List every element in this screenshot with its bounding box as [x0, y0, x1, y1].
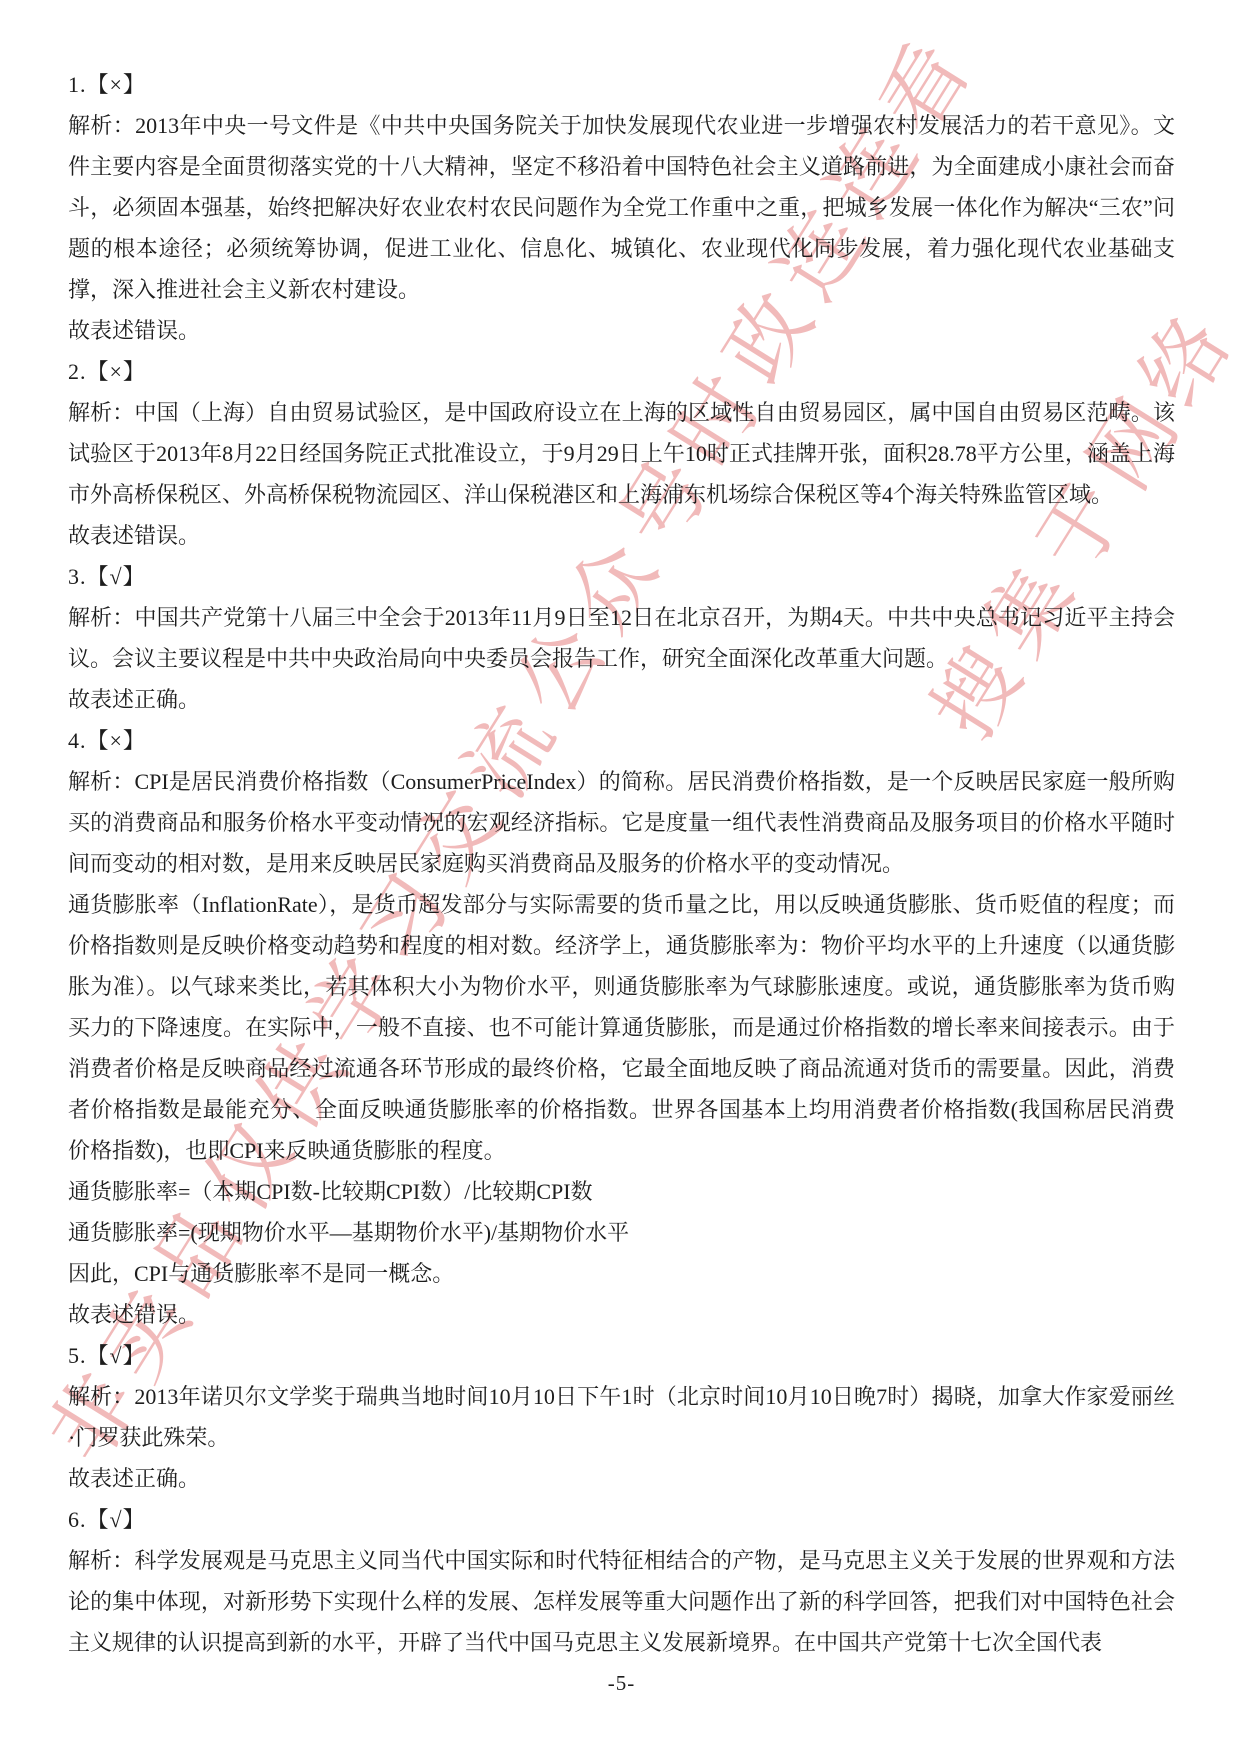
item-number-verdict: 6.【√】 — [68, 1499, 1175, 1540]
scanned-answer-key-page: 非卖品仅供学习交流公众号时政连连看 搜集于网络 1.【×】 解析：2013年中央… — [0, 0, 1240, 1754]
item-analysis: 解析：CPI是居民消费价格指数（ConsumerPriceIndex）的简称。居… — [68, 761, 1175, 884]
page-number: -5- — [68, 1663, 1175, 1704]
answer-item-4: 4.【×】 解析：CPI是居民消费价格指数（ConsumerPriceIndex… — [68, 720, 1175, 1335]
item-analysis: 解析：中国（上海）自由贸易试验区，是中国政府设立在上海的区域性自由贸易园区，属中… — [68, 392, 1175, 515]
item-number-verdict: 4.【×】 — [68, 720, 1175, 761]
item-analysis: 解析：2013年中央一号文件是《中共中央国务院关于加快发展现代农业进一步增强农村… — [68, 105, 1175, 310]
item-conclusion: 故表述错误。 — [68, 515, 1175, 556]
item-conclusion: 故表述错误。 — [68, 1294, 1175, 1335]
inflation-formula-cpi: 通货膨胀率=（本期CPI数-比较期CPI数）/比较期CPI数 — [68, 1171, 1175, 1212]
item-conclusion: 故表述正确。 — [68, 679, 1175, 720]
answer-item-6: 6.【√】 解析：科学发展观是马克思主义同当代中国实际和时代特征相结合的产物，是… — [68, 1499, 1175, 1663]
item-conclusion: 故表述错误。 — [68, 310, 1175, 351]
item-analysis: 通货膨胀率（InflationRate），是货币超发部分与实际需要的货币量之比，… — [68, 884, 1175, 1171]
item-number-verdict: 3.【√】 — [68, 556, 1175, 597]
item-analysis: 解析：中国共产党第十八届三中全会于2013年11月9日至12日在北京召开，为期4… — [68, 597, 1175, 679]
answer-item-2: 2.【×】 解析：中国（上海）自由贸易试验区，是中国政府设立在上海的区域性自由贸… — [68, 351, 1175, 556]
item-conclusion: 故表述正确。 — [68, 1458, 1175, 1499]
answer-item-1: 1.【×】 解析：2013年中央一号文件是《中共中央国务院关于加快发展现代农业进… — [68, 64, 1175, 351]
inflation-formula-price-level: 通货膨胀率=(现期物价水平—基期物价水平)/基期物价水平 — [68, 1212, 1175, 1253]
item-number-verdict: 2.【×】 — [68, 351, 1175, 392]
item-number-verdict: 5.【√】 — [68, 1335, 1175, 1376]
item-analysis: 解析：科学发展观是马克思主义同当代中国实际和时代特征相结合的产物，是马克思主义关… — [68, 1540, 1175, 1663]
document-body: 1.【×】 解析：2013年中央一号文件是《中共中央国务院关于加快发展现代农业进… — [68, 64, 1175, 1704]
answer-item-3: 3.【√】 解析：中国共产党第十八届三中全会于2013年11月9日至12日在北京… — [68, 556, 1175, 720]
item-number-verdict: 1.【×】 — [68, 64, 1175, 105]
answer-item-5: 5.【√】 解析：2013年诺贝尔文学奖于瑞典当地时间10月10日下午1时（北京… — [68, 1335, 1175, 1499]
item-analysis: 因此，CPI与通货膨胀率不是同一概念。 — [68, 1253, 1175, 1294]
item-analysis: 解析：2013年诺贝尔文学奖于瑞典当地时间10月10日下午1时（北京时间10月1… — [68, 1376, 1175, 1458]
